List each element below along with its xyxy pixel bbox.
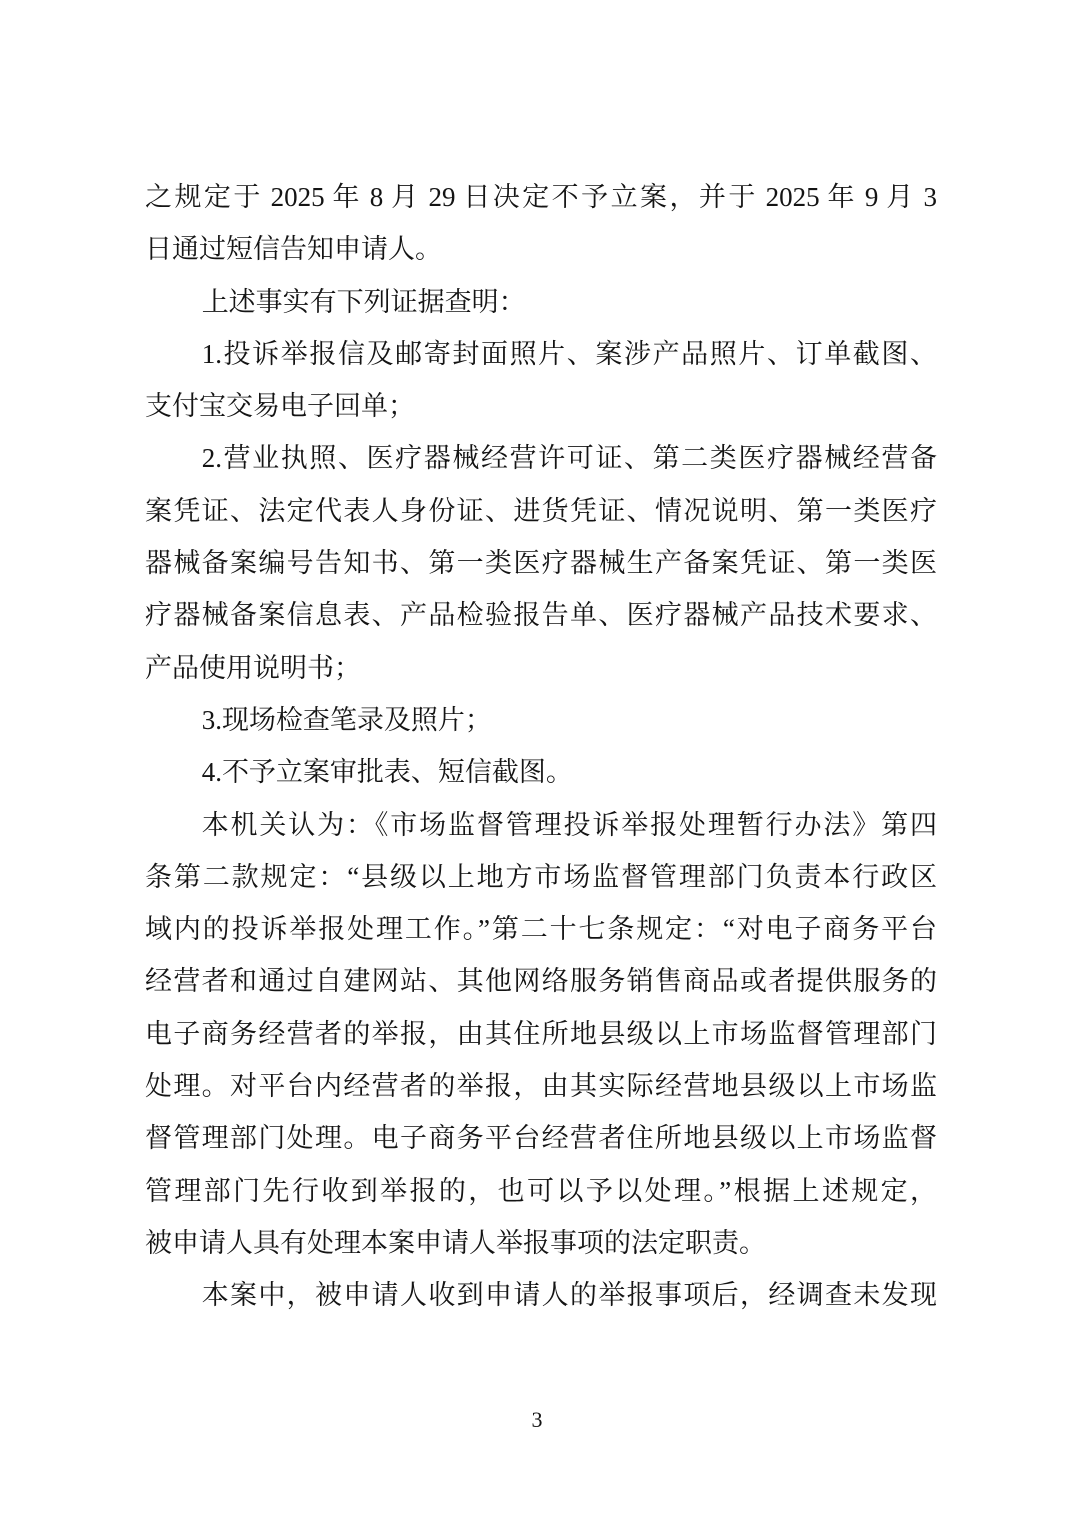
text-line: 处理。对平台内经营者的举报，由其实际经营地县级以上市场监: [145, 1060, 937, 1112]
text-line: 被申请人具有处理本案申请人举报事项的法定职责。: [145, 1217, 937, 1269]
document-body: 之规定于 2025 年 8 月 29 日决定不予立案，并于 2025 年 9 月…: [145, 171, 937, 1322]
page-number: 3: [0, 1404, 1074, 1436]
text-line: 本案中，被申请人收到申请人的举报事项后，经调查未发现: [145, 1269, 937, 1321]
text-line: 1.投诉举报信及邮寄封面照片、案涉产品照片、订单截图、: [145, 328, 937, 380]
text-line: 督管理部门处理。电子商务平台经营者住所地县级以上市场监督: [145, 1112, 937, 1164]
text-line: 日通过短信告知申请人。: [145, 223, 937, 275]
text-line: 电子商务经营者的举报，由其住所地县级以上市场监督管理部门: [145, 1008, 937, 1060]
text-line: 支付宝交易电子回单；: [145, 380, 937, 432]
text-line: 域内的投诉举报处理工作。”第二十七条规定：“对电子商务平台: [145, 903, 937, 955]
text-line: 疗器械备案信息表、产品检验报告单、医疗器械产品技术要求、: [145, 589, 937, 641]
text-line: 器械备案编号告知书、第一类医疗器械生产备案凭证、第一类医: [145, 537, 937, 589]
document-page: 之规定于 2025 年 8 月 29 日决定不予立案，并于 2025 年 9 月…: [0, 0, 1074, 1520]
text-line: 上述事实有下列证据查明：: [145, 276, 937, 328]
text-line: 管理部门先行收到举报的，也可以予以处理。”根据上述规定，: [145, 1165, 937, 1217]
text-line: 案凭证、法定代表人身份证、进货凭证、情况说明、第一类医疗: [145, 485, 937, 537]
text-line: 经营者和通过自建网站、其他网络服务销售商品或者提供服务的: [145, 955, 937, 1007]
text-line: 条第二款规定：“县级以上地方市场监督管理部门负责本行政区: [145, 851, 937, 903]
text-line: 之规定于 2025 年 8 月 29 日决定不予立案，并于 2025 年 9 月…: [145, 171, 937, 223]
text-line: 产品使用说明书；: [145, 642, 937, 694]
text-line: 2.营业执照、医疗器械经营许可证、第二类医疗器械经营备: [145, 432, 937, 484]
text-line: 本机关认为：《市场监督管理投诉举报处理暂行办法》第四: [145, 799, 937, 851]
text-line: 3.现场检查笔录及照片；: [145, 694, 937, 746]
text-line: 4.不予立案审批表、短信截图。: [145, 746, 937, 798]
